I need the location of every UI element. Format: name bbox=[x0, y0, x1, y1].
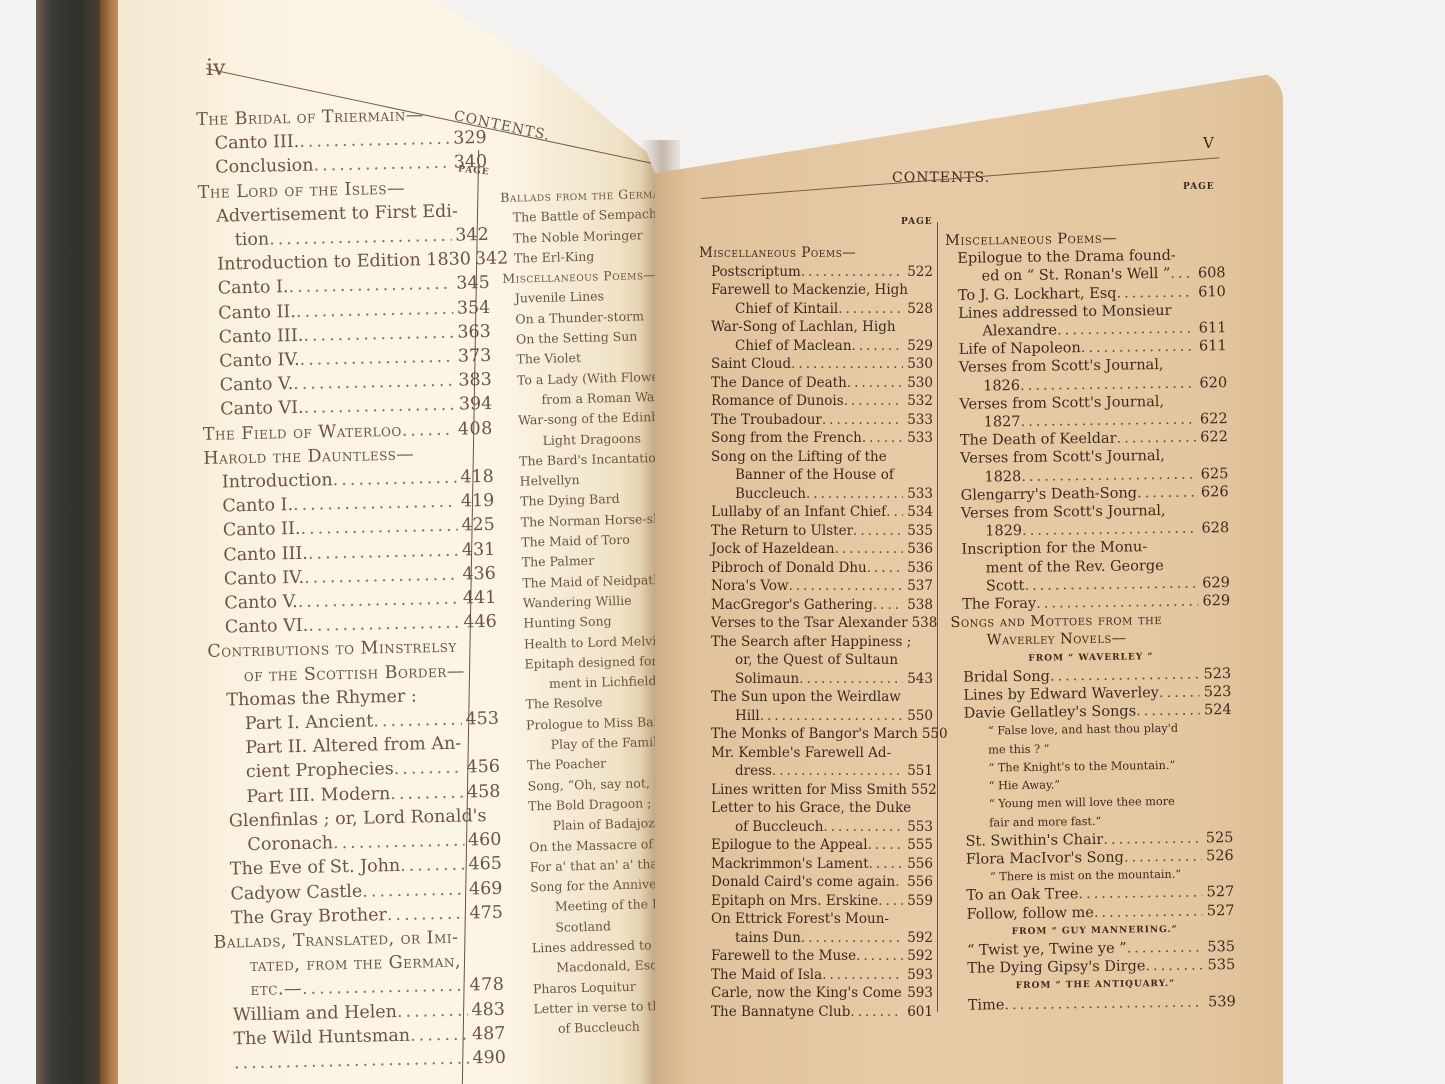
toc-page-number: 475 bbox=[465, 900, 503, 925]
toc-entry-title: The Noble Moringer bbox=[513, 225, 643, 249]
toc-entry-title: FROM “ GUY MANNERING.” bbox=[1012, 921, 1178, 942]
toc-page-number: 611 bbox=[1195, 319, 1227, 338]
toc-entry: Carle, now the King's Come593 bbox=[699, 984, 933, 1003]
toc-page-number: 533 bbox=[903, 411, 933, 430]
toc-leader-dots bbox=[878, 892, 903, 911]
toc-entry-title: The Violet bbox=[516, 348, 581, 370]
toc-entry-title: Letter to his Grace, the Duke bbox=[711, 799, 911, 818]
toc-entry: Lullaby of an Infant Chief534 bbox=[699, 503, 933, 522]
toc-entry-title: On Ettrick Forest's Moun- bbox=[711, 910, 889, 929]
toc-entry-title: Chief of Kintail bbox=[735, 300, 838, 319]
toc-entry: dress551 bbox=[699, 762, 933, 781]
toc-leader-dots bbox=[1020, 374, 1196, 395]
right-page-label-2: PAGE bbox=[1183, 182, 1215, 192]
toc-page-number: 622 bbox=[1196, 410, 1228, 429]
toc-entry-title: fair and more fast.” bbox=[989, 812, 1101, 832]
toc-page-number: 527 bbox=[1203, 902, 1235, 921]
toc-entry: 1826620 bbox=[947, 374, 1227, 396]
toc-entry-title: The Maid of Toro bbox=[521, 530, 630, 553]
toc-entry-title: The Death of Keeldar bbox=[960, 430, 1117, 450]
toc-entry-title: Songs and Mottoes from the bbox=[950, 611, 1162, 632]
toc-entry-title: Hill bbox=[735, 707, 760, 726]
toc-entry-title: The Monks of Bangor's March bbox=[711, 725, 918, 744]
toc-entry-title: The Dance of Death bbox=[711, 374, 847, 393]
toc-entry: Farewell to Mackenzie, High bbox=[699, 281, 933, 300]
toc-page-number: 523 bbox=[1200, 683, 1232, 702]
toc-entry-title: Carle, now the King's Come bbox=[711, 984, 902, 1003]
toc-entry-title: The Gray Brother bbox=[231, 903, 387, 930]
toc-page-number: 550 bbox=[903, 707, 933, 726]
toc-page-number: 446 bbox=[459, 610, 497, 635]
toc-leader-dots bbox=[886, 503, 903, 522]
toc-leader-dots bbox=[1021, 465, 1197, 486]
toc-page-number: 523 bbox=[1199, 665, 1231, 684]
toc-entry-title: The Palmer bbox=[522, 551, 595, 573]
toc-entry-title: Romance of Dunois bbox=[711, 392, 844, 411]
toc-entry-title: Coronach bbox=[247, 831, 333, 857]
toc-leader-dots bbox=[799, 670, 903, 689]
toc-entry-title: The Bannatyne Club bbox=[711, 1003, 850, 1022]
toc-page-number: 487 bbox=[468, 1021, 506, 1046]
toc-entry-title: 1828 bbox=[984, 468, 1021, 487]
toc-leader-dots bbox=[823, 818, 903, 837]
toc-entry-title: Saint Cloud bbox=[711, 355, 791, 374]
toc-entry: The Sun upon the Weirdlaw bbox=[699, 688, 933, 707]
toc-entry-title: Conclusion bbox=[215, 154, 314, 180]
toc-entry-title: Canto III. bbox=[215, 130, 300, 156]
toc-entry-title: Verses to the Tsar Alexander bbox=[711, 614, 908, 633]
toc-entry: Postscriptum522 bbox=[699, 263, 933, 282]
toc-page-number: 340 bbox=[450, 150, 488, 175]
toc-entry-title: Canto III. bbox=[219, 324, 304, 350]
toc-entry: The Bannatyne Club601 bbox=[699, 1003, 933, 1022]
toc-entry: Jock of Hazeldean536 bbox=[699, 540, 933, 559]
toc-page-number: 456 bbox=[462, 755, 500, 780]
toc-leader-dots bbox=[862, 429, 903, 448]
toc-entry-title: The Poacher bbox=[527, 754, 607, 776]
toc-entry: Hill550 bbox=[699, 707, 933, 726]
toc-page-number: 556 bbox=[903, 873, 933, 892]
toc-page-number: 526 bbox=[1202, 847, 1234, 866]
toc-entry-title: Scotland bbox=[555, 916, 611, 938]
right-column-2: Miscellaneous Poems—Epilogue to the Dram… bbox=[945, 228, 1236, 1015]
toc-entry: of Buccleuch553 bbox=[699, 818, 933, 837]
toc-entry: tains Dun592 bbox=[699, 929, 933, 948]
toc-entry-title: Scott bbox=[986, 577, 1025, 596]
toc-page-number: 453 bbox=[461, 707, 499, 732]
toc-entry: Farewell to the Muse592 bbox=[699, 947, 933, 966]
toc-page-number: 622 bbox=[1196, 428, 1228, 447]
toc-leader-dots bbox=[400, 853, 465, 879]
toc-entry-title: “ Hie Away.” bbox=[989, 777, 1061, 796]
toc-leader-dots bbox=[303, 320, 454, 347]
toc-leader-dots bbox=[293, 369, 455, 397]
toc-page-number: 539 bbox=[1204, 993, 1236, 1012]
toc-entry: Nora's Vow537 bbox=[699, 577, 933, 596]
toc-leader-dots bbox=[822, 966, 903, 985]
toc-leader-dots bbox=[296, 296, 453, 323]
toc-entry-title: On the Setting Sun bbox=[516, 327, 638, 350]
toc-leader-dots bbox=[789, 577, 904, 596]
left-page: iv CONTENTS. PAGE The Bridal of Triermai… bbox=[118, 0, 663, 1084]
toc-entry-title: Waverley Novels— bbox=[987, 630, 1127, 650]
toc-leader-dots bbox=[791, 355, 903, 374]
toc-entry-title: The Return to Ulster bbox=[711, 522, 853, 541]
toc-entry-title: tains Dun bbox=[735, 929, 801, 948]
toc-page-number: 551 bbox=[903, 762, 933, 781]
toc-leader-dots bbox=[293, 490, 457, 518]
toc-leader-dots bbox=[772, 762, 903, 781]
toc-leader-dots bbox=[1020, 411, 1196, 432]
right-column-1: Miscellaneous Poems—Postscriptum522Farew… bbox=[699, 244, 933, 1021]
toc-entry: Davie Gellatley's Songs524 bbox=[952, 701, 1232, 723]
toc-entry-title: Postscriptum bbox=[711, 263, 801, 282]
toc-entry-title: dress bbox=[735, 762, 772, 781]
toc-leader-dots bbox=[1136, 702, 1200, 721]
toc-page-number: 592 bbox=[903, 929, 933, 948]
toc-entry: Mr. Kemble's Farewell Ad- bbox=[699, 744, 933, 763]
toc-page-number: 329 bbox=[449, 126, 487, 151]
toc-entry-title: The Foray bbox=[962, 595, 1036, 614]
toc-page-number: 628 bbox=[1197, 519, 1229, 538]
toc-leader-dots bbox=[1022, 520, 1198, 541]
toc-page-number: 530 bbox=[903, 355, 933, 374]
toc-entry-title: MacGregor's Gathering bbox=[711, 596, 873, 615]
toc-entry-title: St. Swithin's Chair bbox=[965, 831, 1103, 851]
toc-entry: Chief of Kintail528 bbox=[699, 300, 933, 319]
toc-entry-title: The Wild Huntsman bbox=[233, 1023, 410, 1051]
toc-entry-title: Farewell to Mackenzie, High bbox=[711, 281, 908, 300]
toc-entry: Mackrimmon's Lament556 bbox=[699, 855, 933, 874]
toc-leader-dots bbox=[835, 540, 904, 559]
toc-entry: Lines written for Miss Smith552 bbox=[699, 781, 933, 800]
toc-entry: Pibroch of Donald Dhu536 bbox=[699, 559, 933, 578]
toc-entry-title: Buccleuch bbox=[735, 485, 806, 504]
toc-page-number: 593 bbox=[903, 966, 933, 985]
toc-entry-title: The Sun upon the Weirdlaw bbox=[711, 688, 901, 707]
left-column-2: Ballads from the German—The Battle of Se… bbox=[500, 184, 663, 1041]
toc-entry-title: Helvellyn bbox=[519, 470, 579, 492]
toc-entry-title: Life of Napoleon bbox=[959, 339, 1081, 359]
toc-leader-dots bbox=[760, 707, 903, 726]
toc-leader-dots bbox=[867, 559, 903, 578]
toc-entry-title: Canto II. bbox=[218, 300, 296, 326]
toc-leader-dots bbox=[869, 855, 904, 874]
toc-leader-dots bbox=[1116, 429, 1196, 448]
toc-leader-dots bbox=[313, 151, 450, 178]
toc-leader-dots bbox=[299, 345, 454, 372]
toc-entry: or, the Quest of Sultaun bbox=[699, 651, 933, 670]
toc-entry-title: Lines written for Miss Smith bbox=[711, 781, 907, 800]
toc-leader-dots bbox=[847, 374, 903, 393]
toc-page-number: 522 bbox=[903, 263, 933, 282]
toc-page-number: 556 bbox=[903, 855, 933, 874]
toc-leader-dots bbox=[269, 224, 452, 252]
toc-leader-dots bbox=[1124, 847, 1202, 866]
toc-entry-title: Part I. Ancient bbox=[245, 710, 374, 737]
toc-leader-dots bbox=[1116, 283, 1194, 302]
toc-page-number: 534 bbox=[903, 503, 933, 522]
toc-page-number: 535 bbox=[903, 522, 933, 541]
toc-entry-title: Canto II. bbox=[223, 517, 301, 543]
toc-leader-dots bbox=[1103, 829, 1202, 849]
toc-entry-title: or, the Quest of Sultaun bbox=[735, 651, 898, 670]
left-column-1: The Bridal of Triermain—Canto III.329Con… bbox=[196, 102, 506, 1076]
toc-entry-title: “ Young men will love thee more bbox=[989, 793, 1175, 814]
toc-page-number: 490 bbox=[468, 1046, 506, 1071]
right-page: V CONTENTS. PAGE PAGE Miscellaneous Poem… bbox=[655, 72, 1283, 1084]
toc-entry: The Maid of Isla593 bbox=[699, 966, 933, 985]
toc-page-number: 536 bbox=[903, 540, 933, 559]
toc-leader-dots bbox=[895, 873, 903, 892]
toc-entry-title: me this ? ” bbox=[988, 740, 1049, 759]
toc-entry-title: “ False love, and hast thou play'd bbox=[988, 720, 1178, 741]
toc-entry-title: Canto VI. bbox=[225, 614, 309, 640]
toc-entry-title: tion bbox=[235, 228, 270, 253]
toc-page-number: 537 bbox=[903, 577, 933, 596]
toc-page-number: 593 bbox=[903, 984, 933, 1003]
right-page-label-1: PAGE bbox=[901, 217, 933, 227]
toc-page-number: 469 bbox=[465, 876, 503, 901]
toc-leader-dots bbox=[308, 538, 459, 565]
toc-entry: Epilogue to the Appeal555 bbox=[699, 836, 933, 855]
toc-entry-title: Solimaun bbox=[735, 670, 799, 689]
toc-page-number: 354 bbox=[453, 296, 491, 321]
toc-entry-title: Canto I. bbox=[222, 493, 293, 519]
toc-entry-title: cient Prophecies bbox=[246, 757, 394, 784]
toc-page-number: 441 bbox=[459, 586, 497, 611]
toc-entry: On Ettrick Forest's Moun- bbox=[699, 910, 933, 929]
toc-page-number: 559 bbox=[903, 892, 933, 911]
toc-entry-title: The Dying Bard bbox=[520, 489, 620, 512]
toc-page-number: 408 bbox=[454, 416, 493, 441]
toc-entry-title: Mackrimmon's Lament bbox=[711, 855, 869, 874]
toc-entry-title: To an Oak Tree bbox=[966, 886, 1078, 906]
toc-leader-dots bbox=[1094, 902, 1203, 922]
toc-section-heading: Miscellaneous Poems— bbox=[699, 244, 933, 263]
toc-entry-title: Miscellaneous Poems— bbox=[699, 244, 856, 263]
toc-page-number: 529 bbox=[903, 337, 933, 356]
toc-page-number: 532 bbox=[903, 392, 933, 411]
toc-entry-title: Farewell to the Muse bbox=[711, 947, 856, 966]
toc-page-number: 610 bbox=[1194, 283, 1226, 302]
toc-page-number: 465 bbox=[464, 852, 502, 877]
toc-entry-title: Donald Caird's come again bbox=[711, 873, 895, 892]
toc-entry-title: Pibroch of Donald Dhu bbox=[711, 559, 867, 578]
toc-entry: Buccleuch533 bbox=[699, 485, 933, 504]
toc-page-number: 342 bbox=[451, 223, 489, 248]
toc-entry-title: Epilogue to the Appeal bbox=[711, 836, 868, 855]
toc-leader-dots bbox=[333, 829, 464, 856]
right-header-rule bbox=[701, 157, 1219, 199]
toc-entry: Song from the French533 bbox=[699, 429, 933, 448]
toc-page-number: 524 bbox=[1200, 701, 1232, 720]
toc-leader-dots bbox=[902, 984, 904, 1003]
toc-page-number: 611 bbox=[1195, 337, 1227, 356]
toc-entry-title: The Search after Happiness ; bbox=[711, 633, 911, 652]
toc-entry-title: Pharos Loquitur bbox=[533, 976, 636, 999]
toc-entry-title: Davie Gellatley's Songs bbox=[964, 703, 1137, 724]
toc-leader-dots bbox=[1024, 574, 1198, 595]
toc-entry-title: Jock of Hazeldean bbox=[711, 540, 835, 559]
toc-entry-title: Canto IV. bbox=[219, 348, 300, 374]
toc-entry-title: “ Twist ye, Twine ye ” bbox=[967, 939, 1127, 959]
toc-page-number: 592 bbox=[903, 947, 933, 966]
toc-leader-dots bbox=[390, 780, 463, 806]
toc-entry-title: “ The Knight's to the Mountain.” bbox=[988, 757, 1175, 778]
toc-leader-dots bbox=[801, 929, 903, 948]
toc-leader-dots bbox=[303, 393, 455, 420]
toc-leader-dots bbox=[1050, 665, 1200, 685]
toc-page-number: 625 bbox=[1197, 465, 1229, 484]
toc-entry-title: Bridal Song bbox=[963, 667, 1050, 686]
toc-leader-dots bbox=[397, 998, 468, 1024]
toc-leader-dots bbox=[362, 877, 465, 903]
toc-section-heading: Miscellaneous Poems— bbox=[502, 265, 663, 290]
toc-leader-dots bbox=[1036, 593, 1199, 613]
toc-page-number: 458 bbox=[463, 779, 501, 804]
toc-leader-dots bbox=[300, 514, 457, 541]
toc-entry-title: Banner of the House of bbox=[735, 466, 894, 485]
toc-entry-title: Canto V. bbox=[220, 372, 294, 398]
toc-entry: MacGregor's Gathering538 bbox=[699, 596, 933, 615]
toc-leader-dots bbox=[387, 901, 466, 927]
toc-page-number: 626 bbox=[1197, 483, 1229, 502]
toc-page-number: 550 bbox=[918, 725, 948, 744]
toc-page-number: 425 bbox=[457, 513, 495, 538]
toc-page-number: 535 bbox=[1203, 956, 1235, 975]
toc-entry-title: Light Dragoons bbox=[542, 428, 641, 451]
toc-entry-title: of Buccleuch bbox=[558, 1017, 640, 1039]
toc-page-number: 552 bbox=[907, 781, 937, 800]
toc-page-number: 483 bbox=[467, 997, 505, 1022]
toc-entry-title: Cadyow Castle bbox=[230, 879, 362, 906]
toc-entry-title: The Resolve bbox=[525, 693, 602, 715]
toc-page-number: 345 bbox=[452, 271, 490, 296]
toc-page-number: 533 bbox=[903, 485, 933, 504]
toc-entry: The Dance of Death530 bbox=[699, 374, 933, 393]
toc-entry: Life of Napoleon611 bbox=[947, 337, 1227, 359]
toc-leader-dots bbox=[1057, 320, 1195, 340]
toc-leader-dots bbox=[801, 263, 903, 282]
toc-leader-dots bbox=[302, 974, 466, 1002]
toc-entry-title: Hunting Song bbox=[523, 611, 612, 634]
toc-entry: Chief of Maclean529 bbox=[699, 337, 933, 356]
toc-entry-title: War-Song of Lachlan, High bbox=[711, 318, 896, 337]
toc-entry-title: Part III. Modern bbox=[246, 782, 390, 809]
toc-entry-title: Mr. Kemble's Farewell Ad- bbox=[711, 744, 891, 763]
toc-entry: 1829628 bbox=[949, 519, 1229, 541]
toc-entry: Flora MacIvor's Song526 bbox=[954, 847, 1234, 869]
toc-page-number: 373 bbox=[454, 344, 492, 369]
toc-entry-title: Epitaph on Mrs. Erskine bbox=[711, 892, 878, 911]
toc-leader-dots bbox=[1078, 884, 1202, 904]
toc-entry-title: etc.— bbox=[250, 977, 302, 1002]
toc-leader-dots bbox=[288, 272, 452, 300]
toc-page-number: 629 bbox=[1198, 574, 1230, 593]
toc-page-number: 478 bbox=[465, 973, 504, 998]
toc-leader-dots bbox=[297, 587, 459, 615]
toc-entry: Solimaun543 bbox=[699, 670, 933, 689]
toc-page-number: 608 bbox=[1194, 264, 1226, 283]
toc-entry: Time539 bbox=[956, 993, 1236, 1015]
toc-entry-title: Wandering Willie bbox=[523, 591, 632, 614]
toc-leader-dots bbox=[401, 417, 454, 442]
toc-entry-title: Canto III. bbox=[223, 541, 308, 567]
toc-leader-dots bbox=[1127, 938, 1204, 957]
toc-leader-dots bbox=[873, 596, 903, 615]
toc-page-number: 629 bbox=[1198, 592, 1230, 611]
toc-entry-title: Time bbox=[968, 996, 1005, 1015]
toc-page-number: 525 bbox=[1202, 829, 1234, 848]
toc-entry-title: To J. G. Lockhart, Esq bbox=[958, 284, 1117, 304]
toc-entry: Donald Caird's come again556 bbox=[699, 873, 933, 892]
toc-entry-title: of the Scottish Border— bbox=[244, 659, 465, 688]
toc-leader-dots bbox=[806, 485, 903, 504]
toc-entry-title: Follow, follow me bbox=[966, 904, 1094, 924]
toc-page-number: 460 bbox=[464, 828, 502, 853]
toc-entry: The Death of Keeldar622 bbox=[948, 428, 1228, 450]
toc-entry-title: 1826 bbox=[983, 377, 1020, 396]
toc-entry: Verses to the Tsar Alexander538 bbox=[699, 614, 933, 633]
toc-leader-dots bbox=[850, 1003, 903, 1022]
toc-leader-dots bbox=[1081, 338, 1195, 358]
toc-entry: Follow, follow me527 bbox=[954, 902, 1234, 924]
toc-entry-title: Canto IV. bbox=[224, 566, 305, 592]
toc-page-number: 418 bbox=[456, 465, 494, 490]
toc-entry-title: William and Helen bbox=[233, 1000, 397, 1028]
toc-page-number: 383 bbox=[454, 368, 492, 393]
toc-leader-dots bbox=[304, 562, 459, 589]
toc-entry-title: FROM “ THE ANTIQUARY.” bbox=[1016, 975, 1176, 995]
toc-page-number: 530 bbox=[903, 374, 933, 393]
toc-leader-dots bbox=[394, 756, 463, 782]
toc-entry-title: Song from the French bbox=[711, 429, 862, 448]
toc-page-number: 601 bbox=[903, 1003, 933, 1022]
toc-entry-title: Canto VI. bbox=[220, 396, 304, 422]
toc-page-number: 543 bbox=[903, 670, 933, 689]
toc-entry: The Troubadour533 bbox=[699, 411, 933, 430]
toc-entry-title: The Erl-King bbox=[514, 246, 595, 268]
toc-entry: Letter to his Grace, the Duke bbox=[699, 799, 933, 818]
toc-entry-title: Song on the Lifting of the bbox=[711, 448, 887, 467]
toc-leader-dots bbox=[373, 708, 462, 734]
toc-page-number: 533 bbox=[903, 429, 933, 448]
toc-page-number: 431 bbox=[458, 537, 496, 562]
toc-leader-dots bbox=[299, 127, 450, 154]
toc-entry-title: The Troubadour bbox=[711, 411, 822, 430]
toc-page-number: 419 bbox=[457, 489, 495, 514]
toc-page-number: 555 bbox=[903, 836, 933, 855]
toc-leader-dots bbox=[853, 522, 903, 541]
toc-entry-title: Canto V. bbox=[224, 590, 298, 616]
toc-entry: Epitaph on Mrs. Erskine559 bbox=[699, 892, 933, 911]
toc-leader-dots bbox=[1170, 265, 1194, 284]
toc-leader-dots bbox=[868, 836, 904, 855]
toc-entry: Song on the Lifting of the bbox=[699, 448, 933, 467]
toc-entry: Saint Cloud530 bbox=[699, 355, 933, 374]
toc-page-number: 538 bbox=[903, 596, 933, 615]
photo-scene: iv CONTENTS. PAGE The Bridal of Triermai… bbox=[0, 0, 1445, 1084]
toc-leader-dots bbox=[856, 947, 903, 966]
toc-leader-dots bbox=[822, 411, 903, 430]
toc-page-number: 394 bbox=[455, 392, 493, 417]
toc-entry-title: Lullaby of an Infant Chief bbox=[711, 503, 886, 522]
toc-entry-title: Nora's Vow bbox=[711, 577, 789, 596]
toc-page-number: 538 bbox=[908, 614, 938, 633]
toc-entry-title: FROM “ WAVERLEY ” bbox=[1028, 648, 1153, 668]
toc-entry-title: of Buccleuch bbox=[735, 818, 823, 837]
